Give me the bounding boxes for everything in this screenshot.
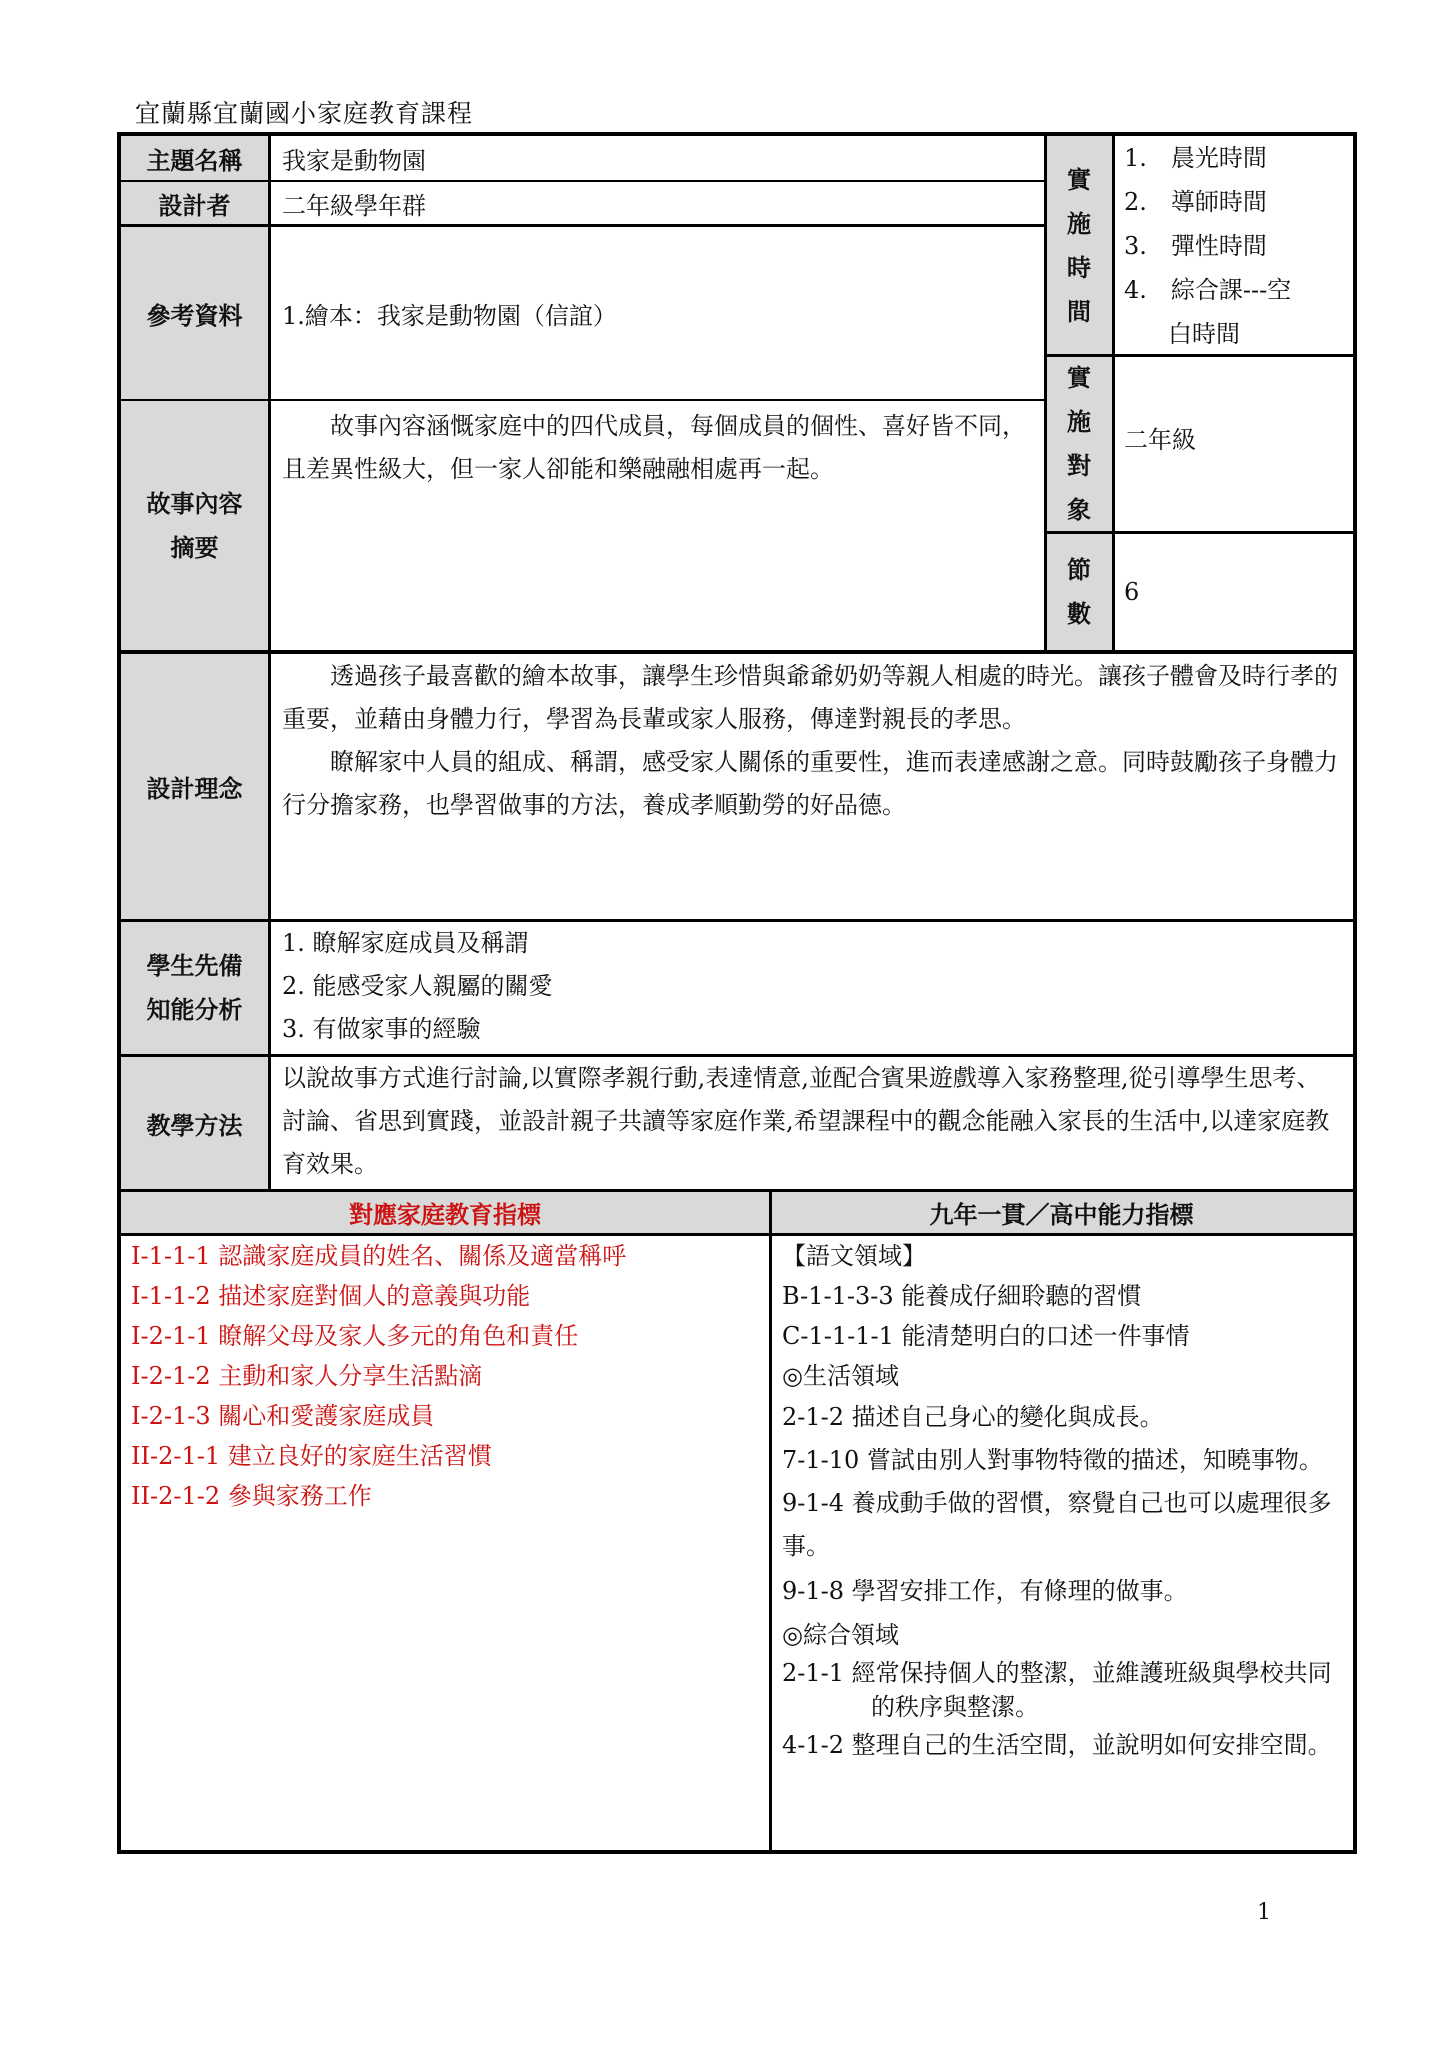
grid-line: [117, 180, 1045, 182]
prior-label-line1: 學生先備: [147, 944, 243, 988]
family-indicator: I-2-1-3 關心和愛護家庭成員: [131, 1396, 759, 1436]
grid-line: [117, 1054, 1357, 1057]
sessions-value: 6: [1114, 533, 1354, 651]
prior-knowledge-label: 學生先備 知能分析: [121, 921, 268, 1055]
grid-line: [117, 1189, 1357, 1192]
ability-indicator: B-1-1-3-3 能養成仔細聆聽的習慣: [782, 1276, 1344, 1316]
ability-indicator: 2-1-1 經常保持個人的整潔，並維護班級與學校共同的秩序與整潔。: [782, 1656, 1344, 1724]
sessions-label-char: 節: [1067, 548, 1091, 592]
grid-line: [268, 132, 271, 1191]
grid-line: [117, 919, 1357, 922]
grid-line: [1044, 354, 1357, 357]
time-item: 4. 綜合課---空: [1124, 268, 1344, 312]
time-label-char: 時: [1067, 246, 1091, 290]
document-title: 宜蘭縣宜蘭國小家庭教育課程: [135, 94, 473, 130]
family-indicator: I-1-1-1 認識家庭成員的姓名、關係及適當稱呼: [131, 1236, 759, 1276]
target-label-char: 實: [1067, 356, 1091, 400]
ability-indicator: 9-1-4 養成動手做的習慣，察覺自己也可以處理很多事。: [782, 1482, 1344, 1568]
grid-line: [117, 1233, 1357, 1236]
ability-domain-heading: 【語文領域】: [782, 1236, 1344, 1276]
family-indicator: I-1-1-2 描述家庭對個人的意義與功能: [131, 1276, 759, 1316]
time-label-char: 間: [1067, 290, 1091, 334]
time-label-char: 實: [1067, 158, 1091, 202]
reference-label: 參考資料: [121, 226, 268, 400]
grid-line: [769, 1190, 772, 1854]
page-number: 1: [1257, 1900, 1271, 1925]
summary-value: 故事內容涵慨家庭中的四代成員，每個成員的個性、喜好皆不同，且差異性級大，但一家人…: [270, 405, 1044, 650]
theme-label: 主題名稱: [121, 136, 268, 180]
time-label-char: 施: [1067, 202, 1091, 246]
grid-line: [1044, 531, 1357, 534]
summary-label: 故事內容 摘要: [121, 401, 268, 651]
family-indicators-list: I-1-1-1 認識家庭成員的姓名、關係及適當稱呼 I-1-1-2 描述家庭對個…: [121, 1236, 769, 1851]
ability-domain-heading: ◎生活領域: [782, 1356, 1344, 1396]
design-value: 透過孩子最喜歡的繪本故事，讓學生珍惜與爺爺奶奶等親人相處的時光。讓孩子體會及時行…: [270, 655, 1354, 919]
time-label: 實 施 時 間: [1046, 136, 1112, 355]
ability-indicator: 9-1-8 學習安排工作，有條理的做事。: [782, 1568, 1344, 1614]
time-item-continuation: 白時間: [1124, 312, 1344, 356]
sessions-label-char: 數: [1067, 592, 1091, 636]
prior-item: 1. 瞭解家庭成員及稱謂: [282, 922, 1342, 965]
grid-line: [1044, 132, 1047, 652]
target-label-char: 象: [1067, 488, 1091, 532]
prior-item: 3. 有做家事的經驗: [282, 1008, 1342, 1051]
theme-value: 我家是動物園: [270, 136, 1044, 180]
method-value: 以說故事方式進行討論,以實際孝親行動,表達情意,並配合賓果遊戲導入家務整理,從引…: [270, 1057, 1354, 1189]
grid-line: [117, 224, 1045, 227]
grid-line: [1112, 132, 1115, 652]
ability-indicator: 7-1-10 嘗試由別人對事物特徵的描述，知曉事物。: [782, 1439, 1344, 1482]
summary-label-line2: 摘要: [171, 526, 219, 570]
target-label-char: 施: [1067, 400, 1091, 444]
design-paragraph: 瞭解家中人員的組成、稱謂，感受家人關係的重要性，進而表達感謝之意。同時鼓勵孩子身…: [282, 741, 1342, 827]
family-indicator: II-2-1-1 建立良好的家庭生活習慣: [131, 1436, 759, 1476]
design-paragraph: 透過孩子最喜歡的繪本故事，讓學生珍惜與爺爺奶奶等親人相處的時光。讓孩子體會及時行…: [282, 655, 1342, 741]
ability-domain-heading: ◎綜合領域: [782, 1614, 1344, 1656]
family-indicator: II-2-1-2 參與家務工作: [131, 1476, 759, 1516]
ability-indicator: C-1-1-1-1 能清楚明白的口述一件事情: [782, 1316, 1344, 1356]
designer-value: 二年級學年群: [270, 181, 1044, 225]
prior-label-line2: 知能分析: [147, 988, 243, 1032]
grid-line: [117, 650, 1357, 654]
target-label-char: 對: [1067, 444, 1091, 488]
designer-label: 設計者: [121, 181, 268, 225]
target-value: 二年級: [1114, 420, 1354, 460]
family-indicators-header: 對應家庭教育指標: [121, 1191, 769, 1234]
sessions-label: 節 數: [1046, 533, 1112, 651]
reference-value: 1.繪本：我家是動物園（信誼）: [270, 226, 1044, 400]
ability-indicator: 2-1-2 描述自己身心的變化與成長。: [782, 1396, 1344, 1439]
family-indicator: I-2-1-2 主動和家人分享生活點滴: [131, 1356, 759, 1396]
time-item: 1. 晨光時間: [1124, 136, 1344, 180]
prior-knowledge-list: 1. 瞭解家庭成員及稱謂 2. 能感受家人親屬的關愛 3. 有做家事的經驗: [270, 922, 1354, 1054]
target-label: 實 施 對 象: [1046, 356, 1112, 532]
grid-line: [117, 399, 1045, 401]
ability-indicators-list: 【語文領域】 B-1-1-3-3 能養成仔細聆聽的習慣 C-1-1-1-1 能清…: [772, 1236, 1354, 1851]
ability-indicators-header: 九年一貫／高中能力指標: [770, 1191, 1353, 1234]
time-item: 3. 彈性時間: [1124, 224, 1344, 268]
time-list: 1. 晨光時間 2. 導師時間 3. 彈性時間 4. 綜合課---空 白時間: [1114, 136, 1354, 355]
design-label: 設計理念: [121, 652, 268, 920]
ability-indicator: 4-1-2 整理自己的生活空間，並說明如何安排空間。: [782, 1724, 1344, 1767]
family-indicator: I-2-1-1 瞭解父母及家人多元的角色和責任: [131, 1316, 759, 1356]
prior-item: 2. 能感受家人親屬的關愛: [282, 965, 1342, 1008]
method-label: 教學方法: [121, 1056, 268, 1190]
summary-label-line1: 故事內容: [147, 482, 243, 526]
time-item: 2. 導師時間: [1124, 180, 1344, 224]
